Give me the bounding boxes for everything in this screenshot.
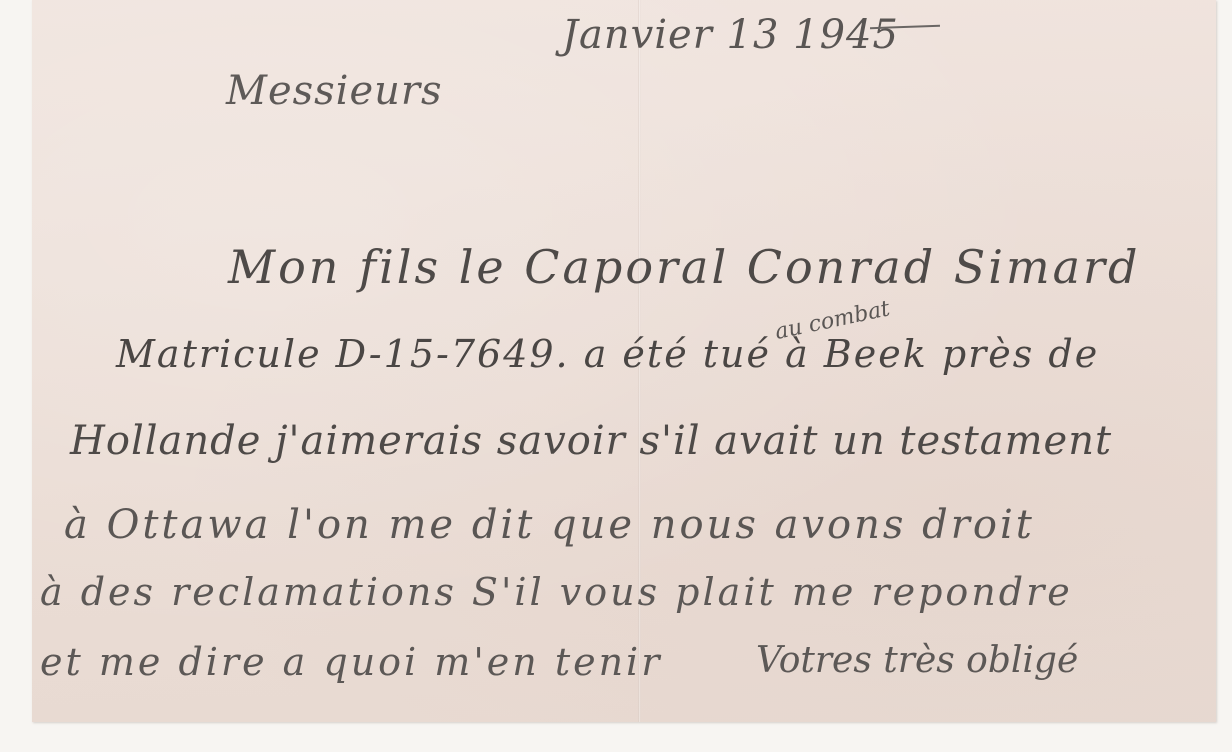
body-line: à Ottawa l'on me dit que nous avons droi… bbox=[64, 502, 1035, 548]
closing-signoff: Votres très obligé bbox=[756, 640, 1078, 681]
body-line: et me dire a quoi m'en tenir bbox=[40, 640, 662, 684]
body-line: Hollande j'aimerais savoir s'il avait un… bbox=[70, 418, 1112, 464]
body-line: à des reclamations S'il vous plait me re… bbox=[40, 570, 1073, 614]
body-line: Matricule D-15-7649. a été tué à Beek pr… bbox=[116, 332, 1099, 376]
body-line: Mon fils le Caporal Conrad Simard bbox=[228, 240, 1141, 294]
scanned-letter: Janvier 13 1945 Messieurs Mon fils le Ca… bbox=[0, 0, 1232, 752]
letter-date: Janvier 13 1945 bbox=[562, 12, 899, 58]
salutation: Messieurs bbox=[226, 68, 443, 114]
